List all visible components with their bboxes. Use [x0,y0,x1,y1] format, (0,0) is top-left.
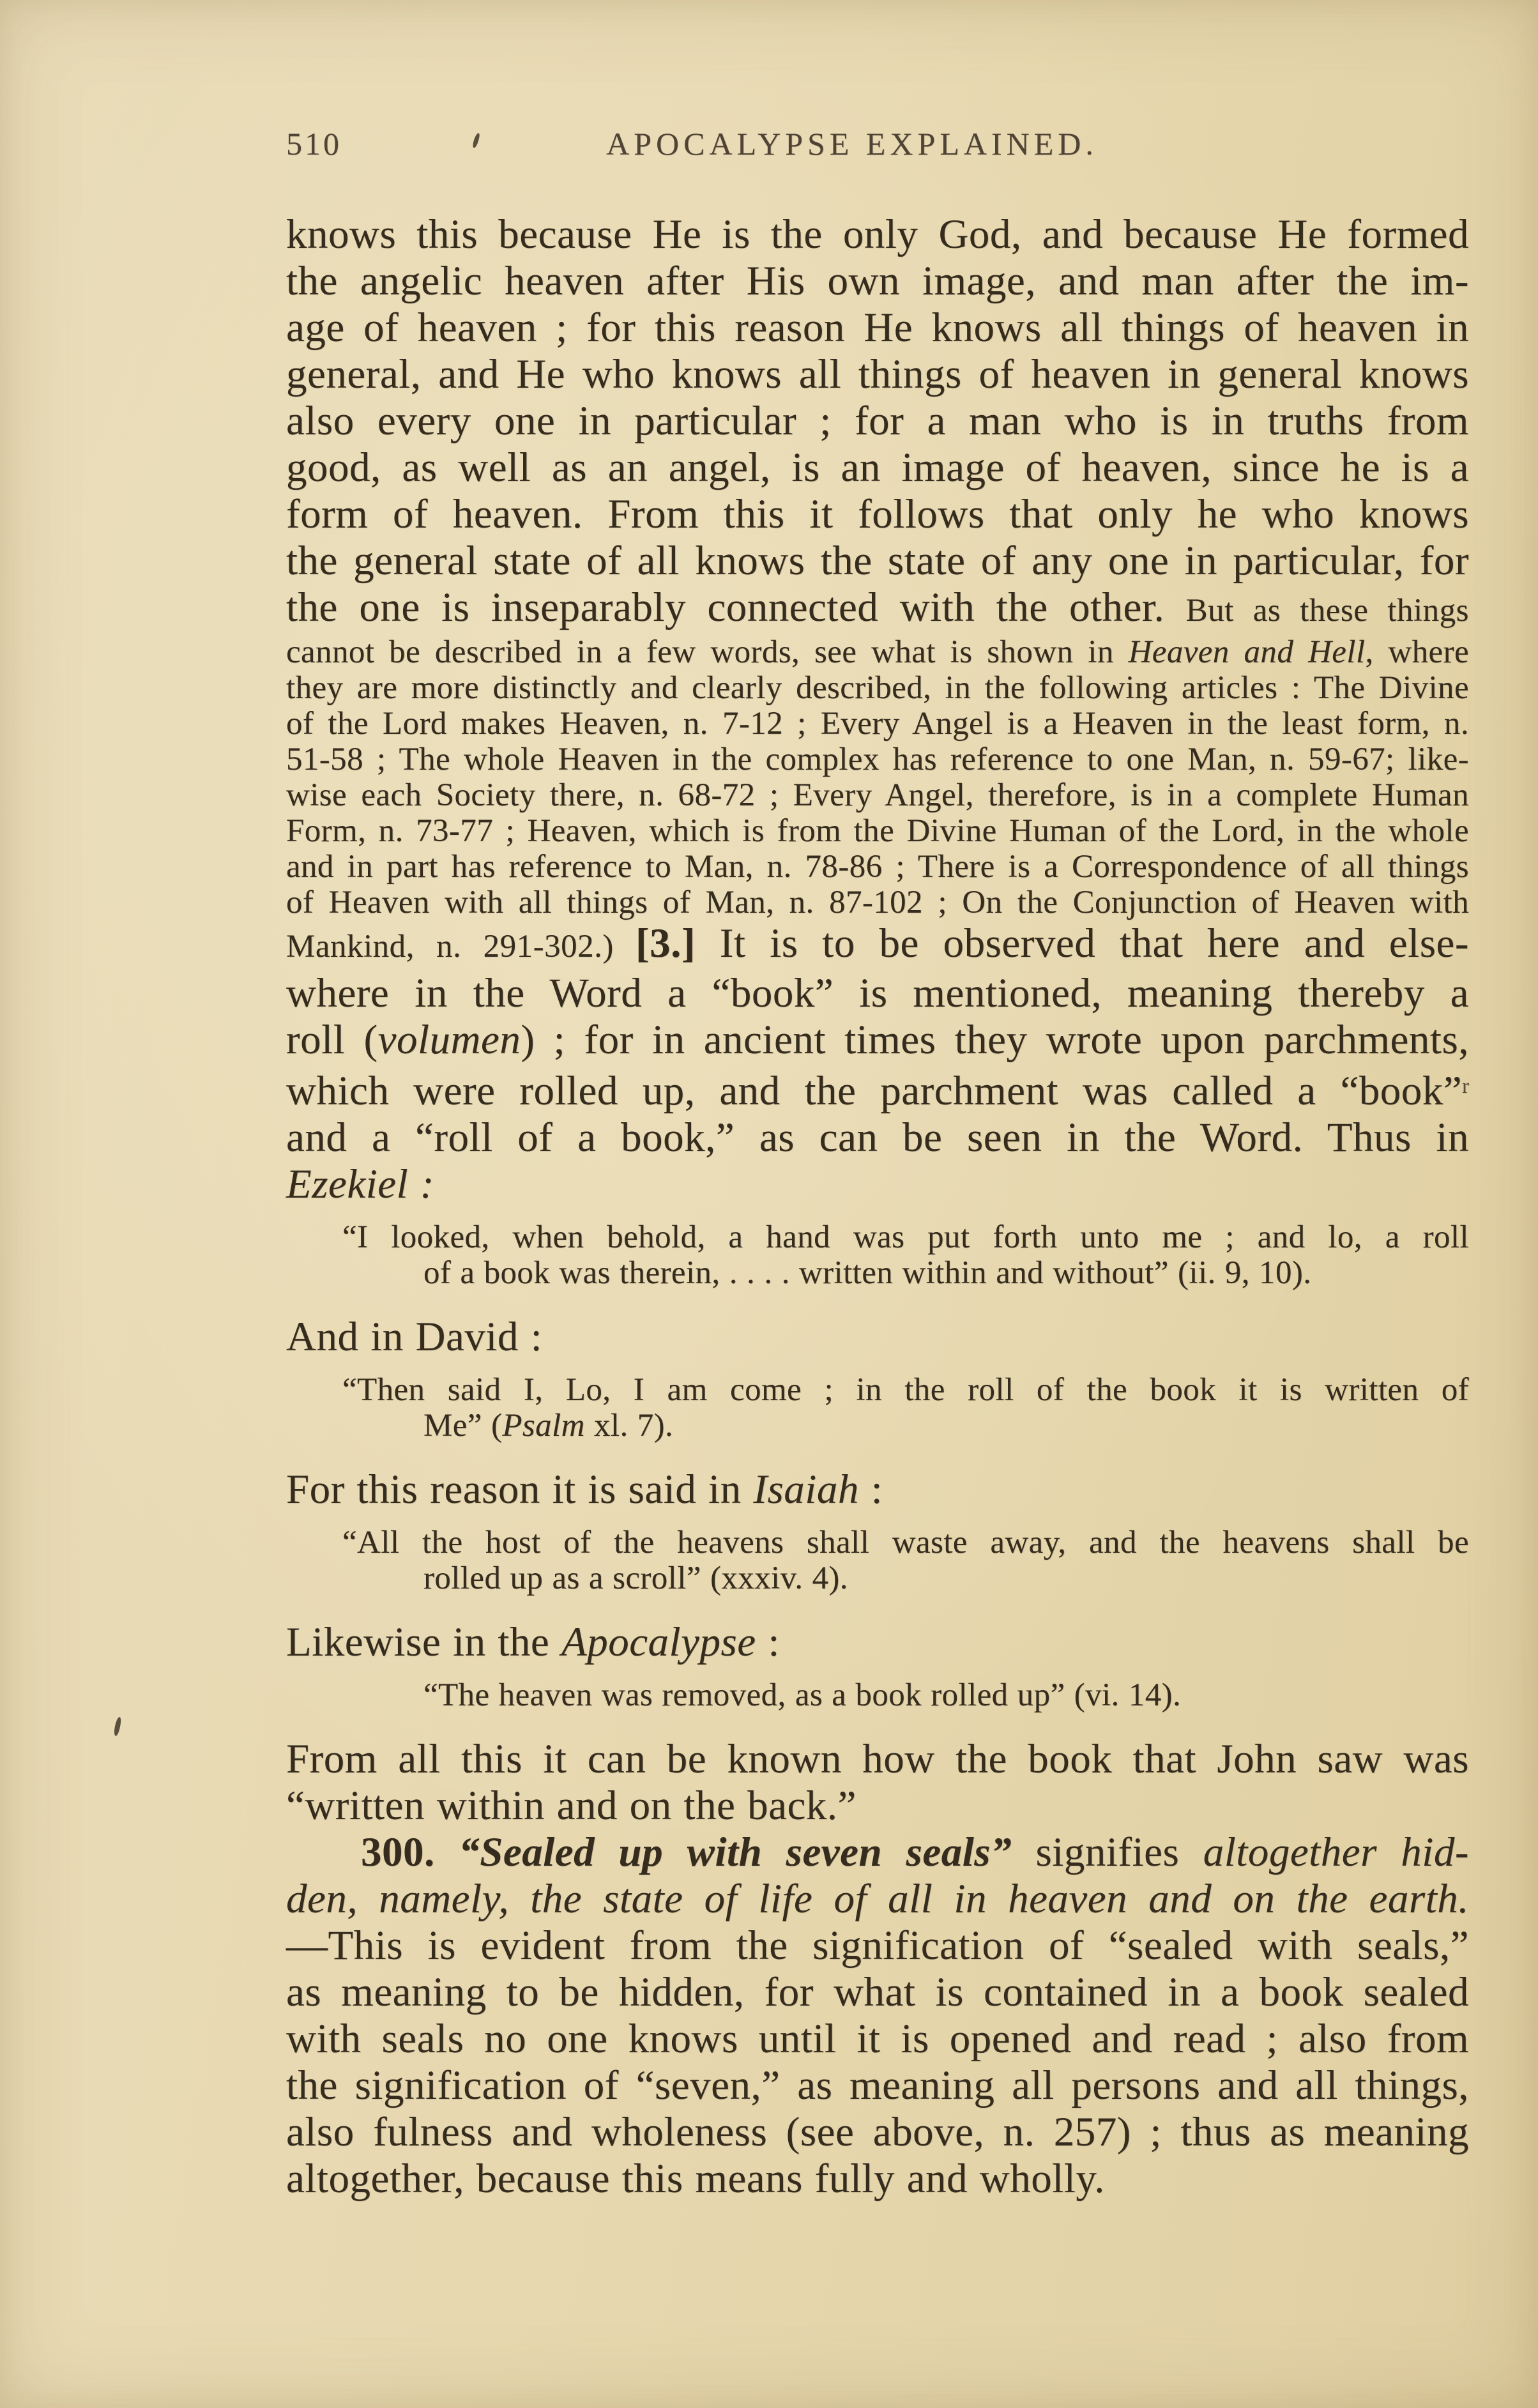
text-run: of a book was therein, . . . . written w… [423,1255,1311,1291]
text-line: which were rolled up, and the parchment … [286,1063,1469,1115]
text-run: Form, n. 73-77 ; Heaven, which is from t… [286,813,1469,849]
text-line: the signification of “seven,” as meaning… [286,2062,1469,2109]
text-run: “written within and on the back.” [286,1783,857,1829]
page-content: 510 APOCALYPSE EXPLAINED. knows this bec… [286,125,1469,2202]
body-text: knows this because He is the only God, a… [286,211,1469,2202]
text-run: of Heaven with all things of Man, n. 87-… [286,885,1469,920]
text-run: of the Lord makes Heaven, n. 7-12 ; Ever… [286,706,1469,742]
text-line: also fulness and wholeness (see above, n… [286,2109,1469,2156]
text-run: den, namely, the state of life of all in… [286,1876,1469,1922]
text-run: wise each Society there, n. 68-72 ; Ever… [286,777,1469,813]
text-run: From all this it can be known how the bo… [286,1736,1469,1782]
text-run: “Then said I, Lo, I am come ; in the rol… [342,1372,1469,1408]
text-run: ) ; for in ancient times they wrote upon… [521,1017,1469,1063]
text-line: altogether, because this means fully and… [286,2156,1469,2202]
text-line: with seals no one knows until it is open… [286,2016,1469,2062]
text-line: age of heaven ; for this reason He knows… [286,305,1469,351]
text-line: den, namely, the state of life of all in… [286,1876,1469,1923]
text-run: altogether hid- [1203,1829,1469,1875]
text-run: xl. 7). [585,1408,673,1444]
text-run: Mankind, n. 291-302.) [286,929,636,964]
text-line: roll (volumen) ; for in ancient times th… [286,1017,1469,1063]
text-line-section-start: 300. “Sealed up with seven seals” signif… [286,1829,1469,1876]
text-run: And in David : [286,1314,542,1360]
text-run: Isaiah [753,1467,859,1513]
text-line-fineprint: of Heaven with all things of Man, n. 87-… [286,885,1469,920]
text-run: For this reason it is said in [286,1467,753,1513]
text-run: “All the host of the heavens shall waste… [342,1525,1469,1560]
text-line: Mankind, n. 291-302.) [3.] It is to be o… [286,920,1469,970]
text-run: Heaven and Hell [1129,634,1366,670]
quote-line: rolled up as a scroll” (xxxiv. 4). [286,1560,1469,1596]
text-run: form of heaven. From this it follows tha… [286,491,1469,537]
text-run: Psalm [502,1408,585,1444]
text-run: Apocalypse [561,1619,756,1665]
text-line-source-heading: Ezekiel : [286,1161,1469,1208]
text-run: the general state of all knows the state… [286,538,1469,584]
text-run: roll ( [286,1017,378,1063]
text-run: It is to be observed that here and else- [696,920,1469,966]
text-run: —This is evident from the signification … [286,1923,1469,1969]
text-run: “The heaven was removed, as a book rolle… [423,1677,1181,1713]
running-head: 510 APOCALYPSE EXPLAINED. [286,125,1469,163]
text-run: 300. [361,1829,459,1875]
text-line: the angelic heaven after His own image, … [286,258,1469,305]
text-run: they are more distinctly and clearly des… [286,670,1469,706]
quote-line: Me” (Psalm xl. 7). [286,1408,1469,1444]
text-line-fineprint: Form, n. 73-77 ; Heaven, which is from t… [286,813,1469,849]
text-run: But as these things [1186,593,1469,629]
quote-line: “The heaven was removed, as a book rolle… [286,1677,1469,1713]
text-run: cannot be described in a few words, see … [286,634,1129,670]
text-line: From all this it can be known how the bo… [286,1736,1469,1783]
text-run: r [1462,1075,1469,1098]
text-run: [3.] [636,920,696,966]
text-line: and a “roll of a book,” as can be seen i… [286,1115,1469,1161]
text-run: the angelic heaven after His own image, … [286,258,1469,304]
text-run: altogether, because this means fully and… [286,2156,1105,2202]
text-line: general, and He who knows all things of … [286,351,1469,398]
text-run: : [756,1619,780,1665]
text-run: as meaning to be hidden, for what is con… [286,1969,1469,2015]
text-line-source-heading: And in David : [286,1314,1469,1360]
text-line: the one is inseparably connected with th… [286,584,1469,634]
quote-line: of a book was therein, . . . . written w… [286,1255,1469,1291]
text-line: also every one in particular ; for a man… [286,398,1469,445]
quote-line: “All the host of the heavens shall waste… [286,1525,1469,1560]
text-run: “I looked, when behold, a hand was put f… [342,1219,1469,1255]
text-line: form of heaven. From this it follows tha… [286,491,1469,538]
text-run: Ezekiel : [286,1161,434,1207]
text-line: “written within and on the back.” [286,1783,1469,1829]
text-run: also fulness and wholeness (see above, n… [286,2109,1469,2155]
text-run: where in the Word a “book” is mentioned,… [286,970,1469,1016]
text-line: —This is evident from the signification … [286,1923,1469,1969]
text-run: “Sealed up with seven seals” [459,1829,1012,1875]
text-run: with seals no one knows until it is open… [286,2016,1469,2062]
text-run: and a “roll of a book,” as can be seen i… [286,1115,1469,1161]
text-run: which were rolled up, and the parchment … [286,1068,1462,1114]
text-run: volumen [378,1017,521,1063]
text-run: rolled up as a scroll” (xxxiv. 4). [423,1560,848,1596]
quote-line: “I looked, when behold, a hand was put f… [286,1219,1469,1255]
book-page-scan: 510 APOCALYPSE EXPLAINED. knows this bec… [0,0,1538,2408]
text-run: 51-58 ; The whole Heaven in the complex … [286,742,1469,777]
text-line: where in the Word a “book” is mentioned,… [286,970,1469,1017]
quote-line: “Then said I, Lo, I am come ; in the rol… [286,1372,1469,1408]
text-line-fineprint: and in part has reference to Man, n. 78-… [286,849,1469,885]
text-run: general, and He who knows all things of … [286,351,1469,397]
text-run: , where [1365,634,1469,670]
text-line-fineprint: they are more distinctly and clearly des… [286,670,1469,706]
text-line-fineprint: cannot be described in a few words, see … [286,634,1469,670]
text-line: the general state of all knows the state… [286,538,1469,584]
text-run: Me” ( [423,1408,502,1444]
text-line-source-heading: For this reason it is said in Isaiah : [286,1467,1469,1513]
text-line-source-heading: Likewise in the Apocalypse : [286,1619,1469,1666]
text-line-fineprint: wise each Society there, n. 68-72 ; Ever… [286,777,1469,813]
text-run: the signification of “seven,” as meaning… [286,2062,1469,2108]
text-run: the one is inseparably connected with th… [286,584,1186,630]
text-run: good, as well as an angel, is an image o… [286,445,1469,491]
text-run: : [859,1467,883,1513]
text-line: as meaning to be hidden, for what is con… [286,1969,1469,2016]
text-run: knows this because He is the only God, a… [286,211,1469,257]
text-run: age of heaven ; for this reason He knows… [286,305,1469,351]
text-run: also every one in particular ; for a man… [286,398,1469,444]
text-line-fineprint: of the Lord makes Heaven, n. 7-12 ; Ever… [286,706,1469,742]
ink-speck [113,1717,121,1737]
text-run: Likewise in the [286,1619,561,1665]
running-title: APOCALYPSE EXPLAINED. [261,125,1443,163]
text-run: signifies [1012,1829,1203,1875]
text-line: knows this because He is the only God, a… [286,211,1469,258]
text-run: and in part has reference to Man, n. 78-… [286,849,1469,885]
text-line-fineprint: 51-58 ; The whole Heaven in the complex … [286,742,1469,777]
text-line: good, as well as an angel, is an image o… [286,445,1469,491]
